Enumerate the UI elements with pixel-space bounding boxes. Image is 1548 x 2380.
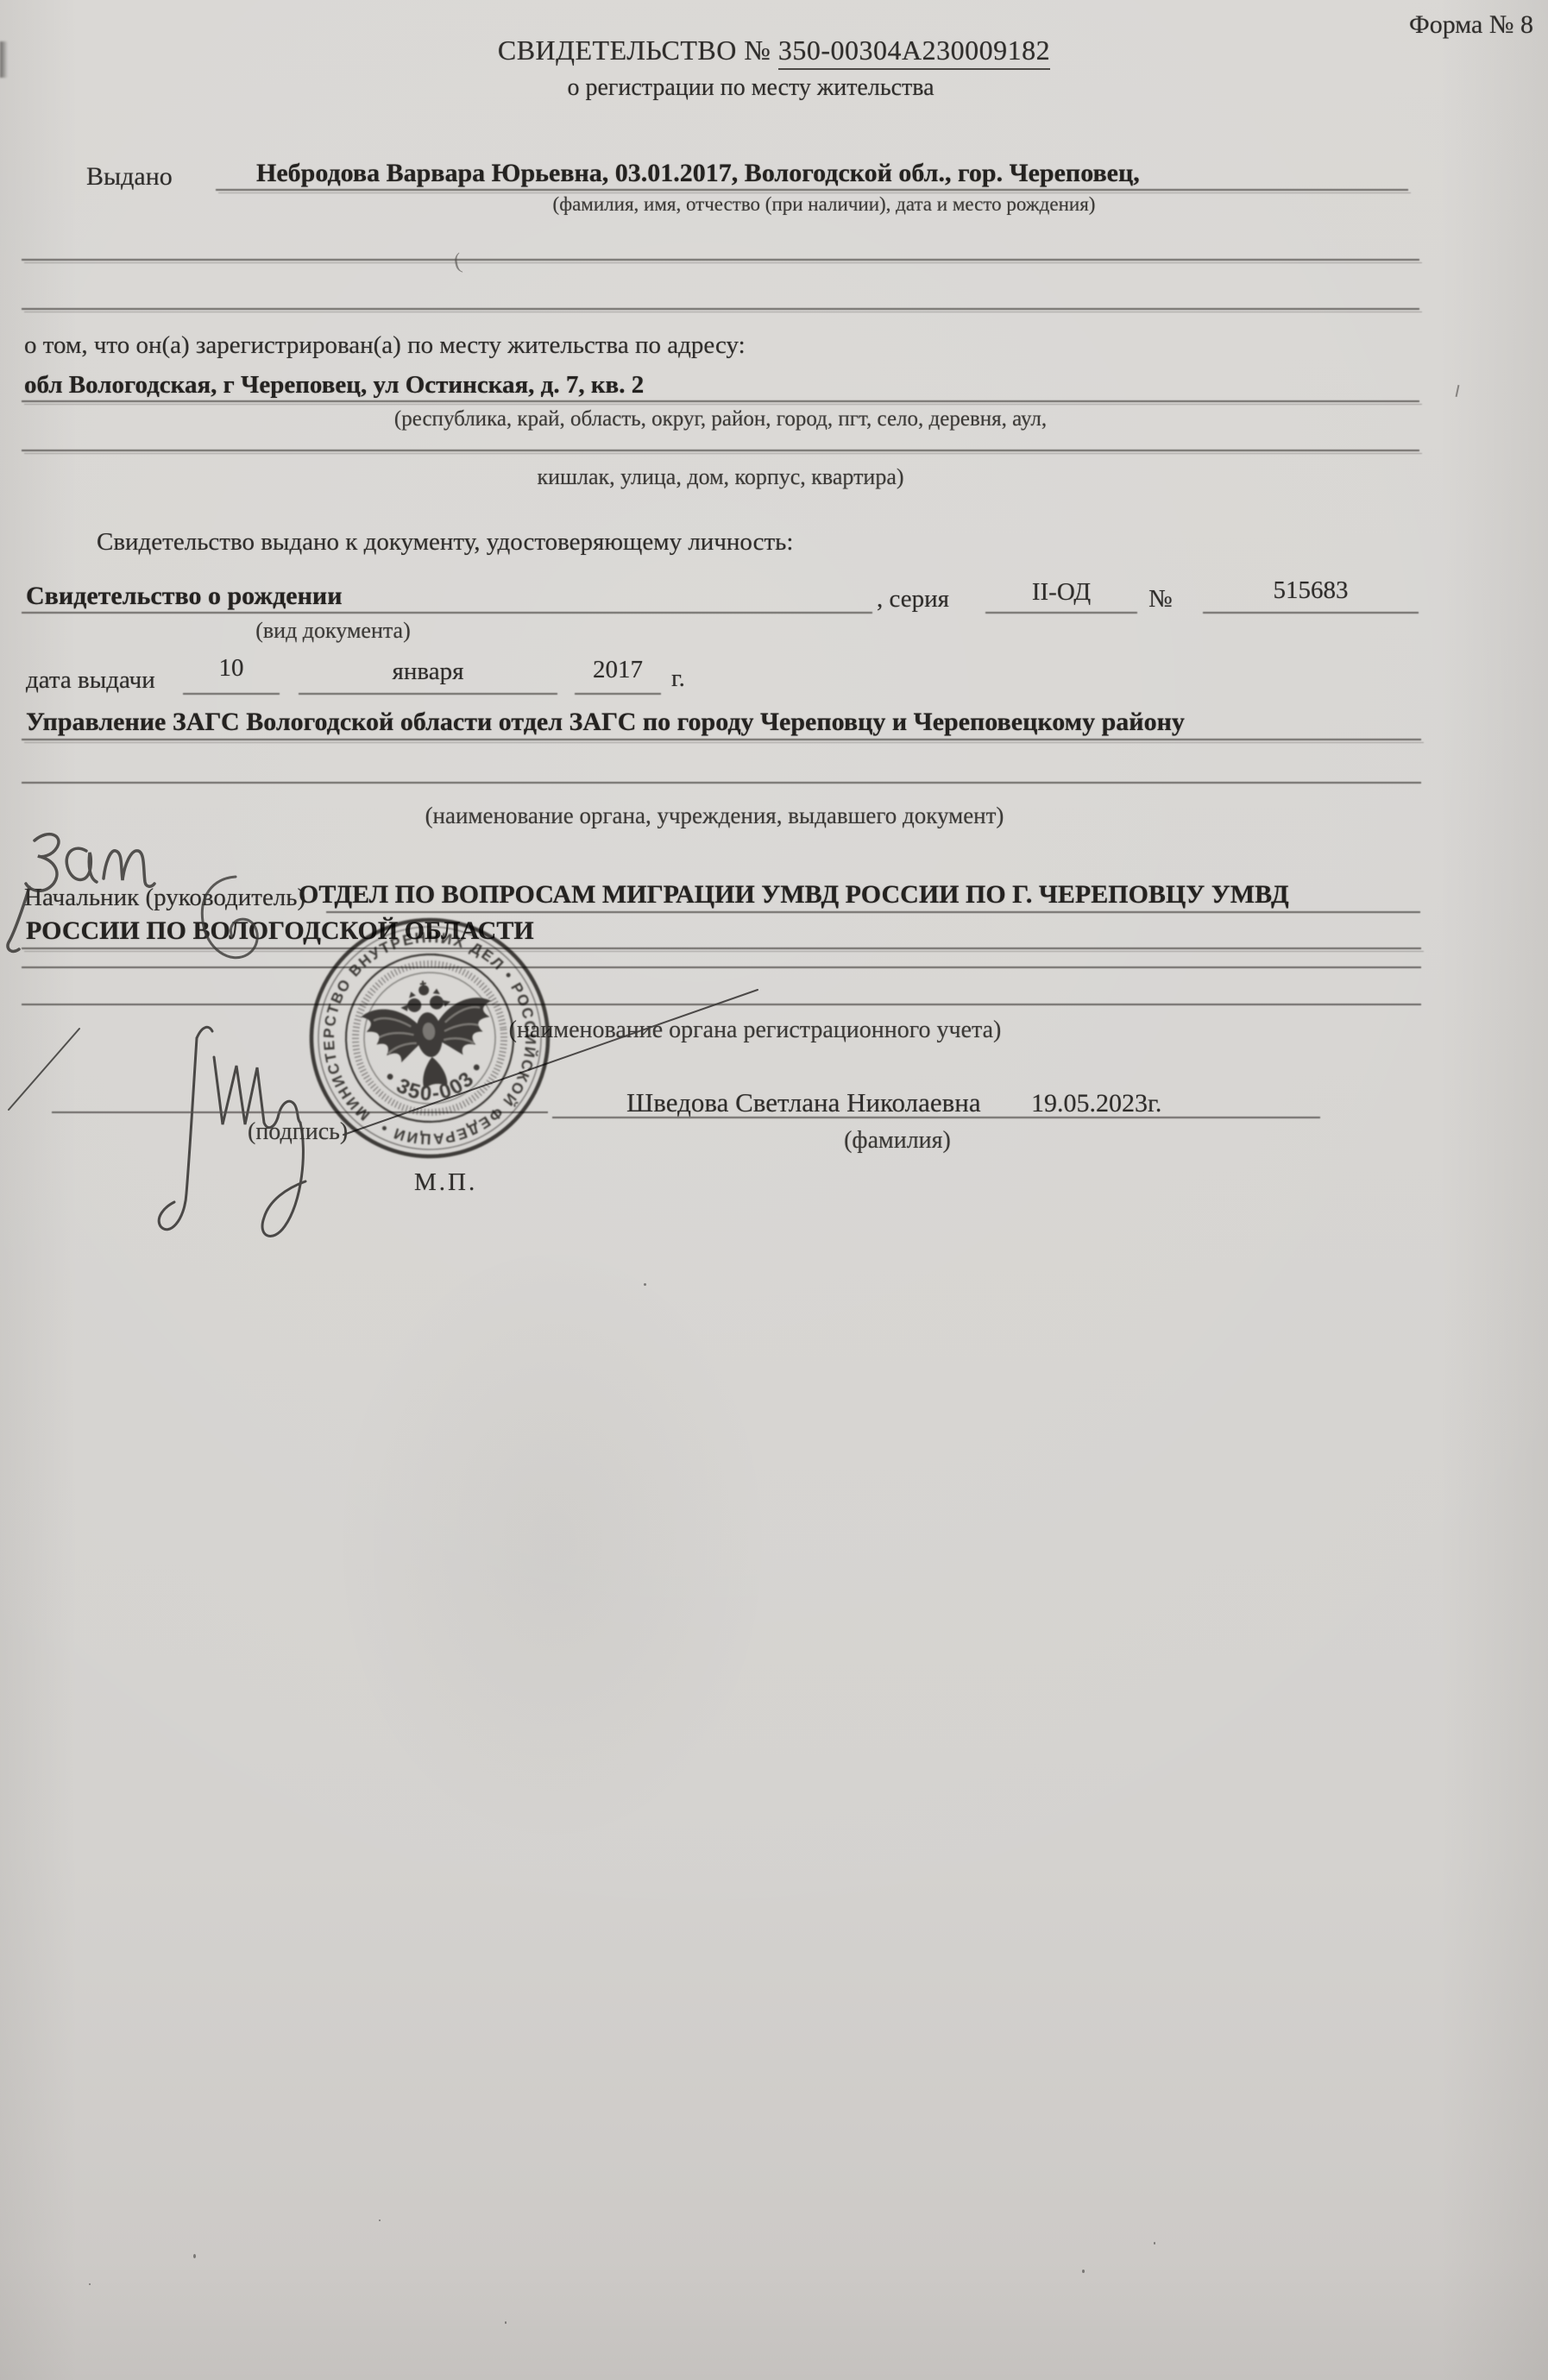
signatory-underline [552, 1117, 1320, 1118]
seal-placeholder-label: М.П. [414, 1168, 477, 1197]
blank-line-4 [22, 782, 1421, 784]
issue-date-month: января [299, 658, 557, 686]
identity-intro: Свидетельство выдано к документу, удосто… [97, 528, 793, 557]
blank-line-5 [22, 966, 1421, 968]
issued-caption: (фамилия, имя, отчество (при наличии), д… [285, 193, 1363, 216]
scan-speck [505, 2321, 507, 2324]
scan-speck [1456, 385, 1460, 397]
scan-speck [644, 1283, 646, 1286]
handwritten-loop-mark [184, 870, 270, 969]
identity-doc-type: Свидетельство о рождении [26, 582, 342, 611]
scan-speck [1082, 2270, 1085, 2273]
official-round-stamp: МИНИСТЕРСТВО ВНУТРЕННИХ ДЕЛ • РОССИЙСКОЙ… [289, 897, 569, 1178]
issue-date-day: 10 [183, 654, 280, 683]
issuing-authority-caption: (наименование органа, учреждения, выдавш… [173, 803, 1256, 829]
issued-underline [216, 189, 1408, 191]
blank-line-2 [22, 308, 1419, 310]
doc-number-underline [1203, 612, 1419, 614]
year-suffix: г. [671, 664, 685, 693]
blank-line-1 [22, 259, 1419, 261]
address-underline [22, 400, 1419, 402]
issue-date-year: 2017 [575, 656, 661, 684]
series-underline [985, 612, 1137, 614]
year-underline [575, 693, 661, 695]
scan-speck [379, 2219, 381, 2221]
month-underline [299, 693, 557, 695]
scan-speck [193, 2254, 196, 2258]
issued-name-value: Небродова Варвара Юрьевна, 03.01.2017, В… [256, 159, 1140, 188]
paper-shadow [328, 1234, 777, 1855]
document-page: Форма № 8 СВИДЕТЕЛЬСТВО № 350-00304А2300… [0, 0, 1548, 2380]
day-underline [183, 693, 280, 695]
scan-speck [89, 2283, 91, 2285]
signatory-name: Шведова Светлана Николаевна [626, 1087, 981, 1118]
series-value: II-ОД [985, 578, 1137, 607]
certificate-number: 350-00304А230009182 [778, 35, 1050, 70]
address-value: обл Вологодская, г Череповец, ул Остинск… [24, 371, 644, 400]
document-subtitle: о регистрации по месту жительства [0, 74, 1501, 102]
address-caption-1: (республика, край, область, округ, район… [181, 407, 1260, 431]
registration-authority-line1: ОТДЕЛ ПО ВОПРОСАМ МИГРАЦИИ УМВД РОССИИ П… [299, 880, 1289, 910]
signature-date: 19.05.2023г. [1031, 1089, 1161, 1118]
doc-type-caption: (вид документа) [242, 618, 425, 644]
title-prefix: СВИДЕТЕЛЬСТВО № [498, 35, 771, 66]
signatory-caption: (фамилия) [777, 1127, 1018, 1155]
issuing-authority-value: Управление ЗАГС Вологодской области отде… [26, 708, 1185, 737]
series-label: , серия [877, 585, 949, 614]
scan-speck [1154, 2242, 1155, 2245]
doc-number-value: 515683 [1203, 576, 1419, 605]
issue-date-label: дата выдачи [26, 666, 155, 695]
doc-type-underline [22, 612, 872, 614]
registration-statement: о том, что он(а) зарегистрирован(а) по м… [24, 331, 746, 360]
number-sign: № [1148, 585, 1173, 614]
document-title: СВИДЕТЕЛЬСТВО № 350-00304А230009182 [0, 35, 1548, 66]
address-caption-2: кишлак, улица, дом, корпус, квартира) [181, 464, 1260, 490]
issuing-authority-underline [22, 739, 1421, 740]
blank-line-3 [22, 450, 1419, 451]
issued-label: Выдано [86, 162, 173, 192]
